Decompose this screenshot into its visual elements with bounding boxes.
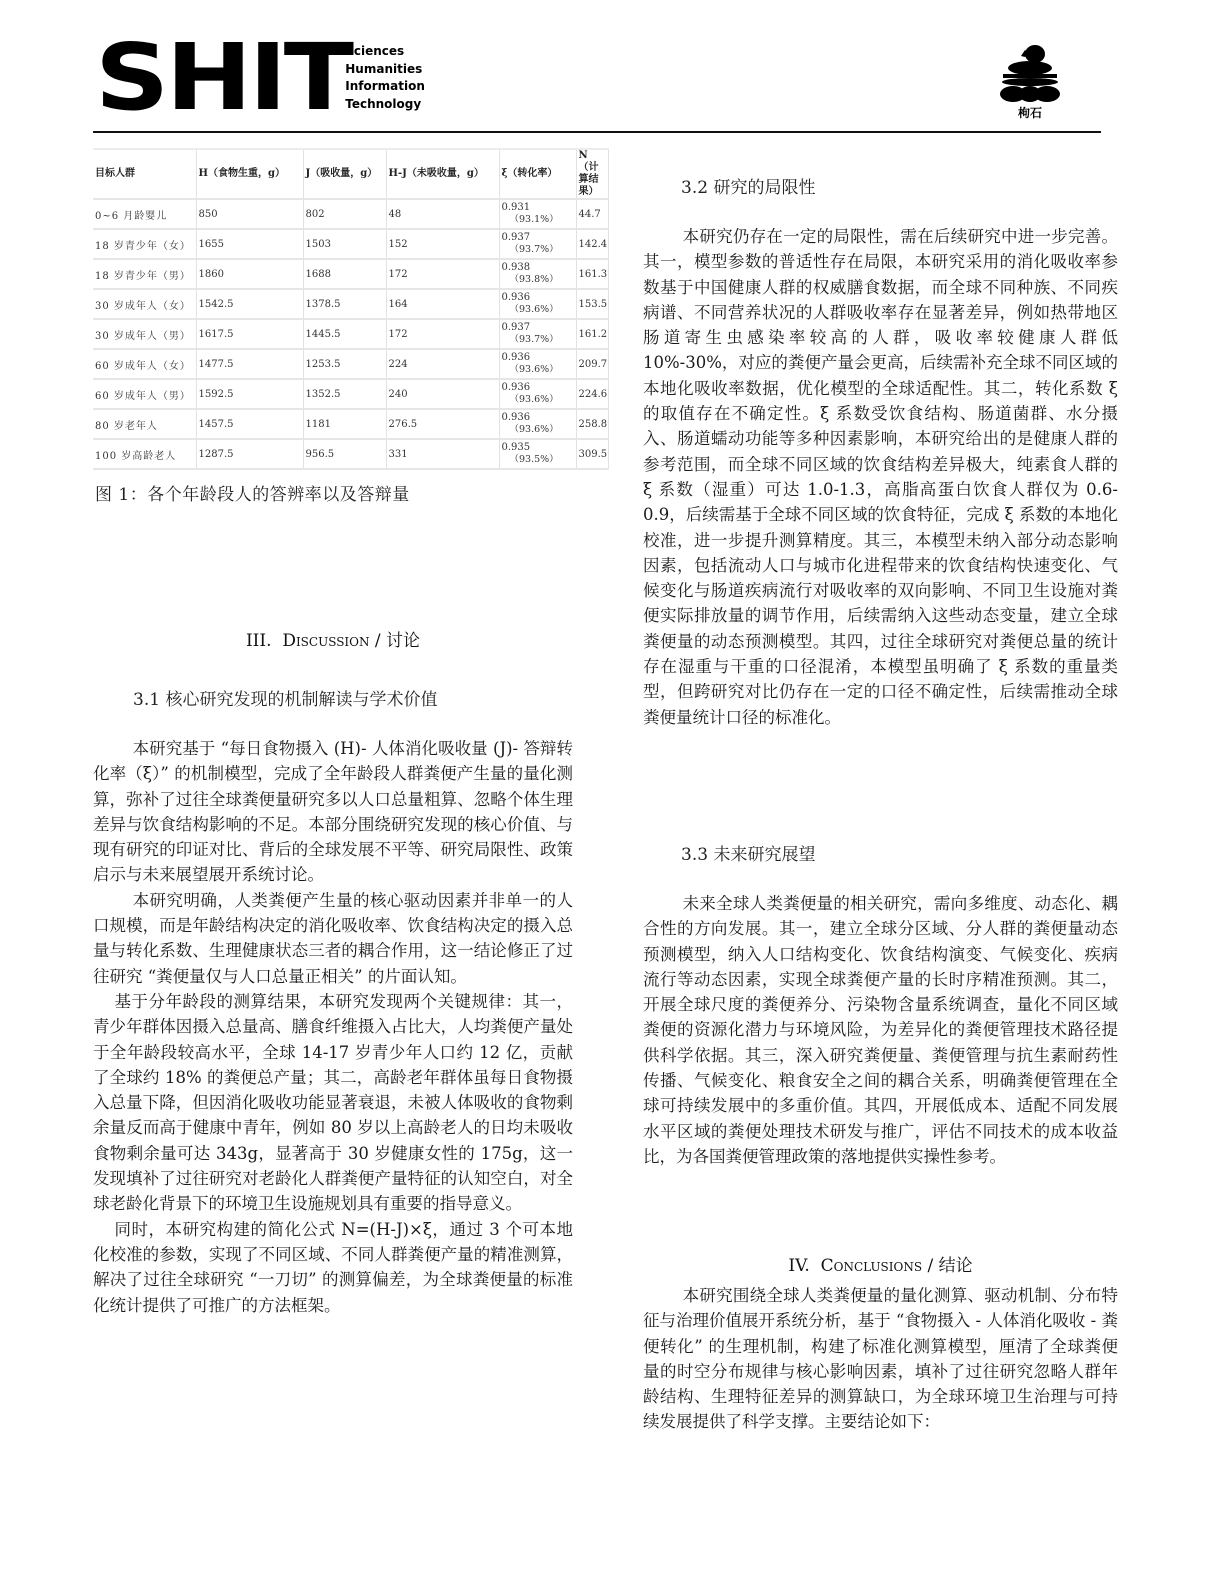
column-header: 目标人群 <box>93 149 196 199</box>
cell-hj: 48 <box>386 199 499 229</box>
cell-hj: 240 <box>386 379 499 409</box>
cell-n: 161.2 <box>576 319 608 349</box>
cell-n: 224.6 <box>576 379 608 409</box>
heading-number: IV. <box>788 1256 809 1276</box>
cell-j: 1445.5 <box>303 319 386 349</box>
cell-n: 258.8 <box>576 409 608 439</box>
xi-value: 0.935 <box>502 442 531 453</box>
cell-group: 100 岁高龄老人 <box>93 439 196 469</box>
column-header: ξ（转化率） <box>499 149 576 199</box>
cell-h: 1655 <box>196 229 303 259</box>
subsection-title-3-2: 3.2 研究的局限性 <box>681 173 815 198</box>
paragraph: 基于分年龄段的测算结果，本研究发现两个关键规律：其一，青少年群体因摄入总量高、膳… <box>93 989 573 1217</box>
heading-english: Conclusions <box>821 1256 922 1276</box>
cell-group: 60 岁成年人（男） <box>93 379 196 409</box>
right-column-conclusions: 本研究围绕全球人类粪便量的量化测算、驱动机制、分布特征与治理价值展开系统分析，基… <box>643 1283 1118 1435</box>
column-header: H（食物生重，g） <box>196 149 303 199</box>
cell-n: 44.7 <box>576 199 608 229</box>
right-column-limitations: 本研究仍存在一定的局限性，需在后续研究中进一步完善。其一，模型参数的普适性存在局… <box>643 224 1118 730</box>
cell-hj: 276.5 <box>386 409 499 439</box>
cell-group: 60 岁成年人（女） <box>93 349 196 379</box>
cell-j: 1253.5 <box>303 349 386 379</box>
column-header: J（吸收量，g） <box>303 149 386 199</box>
table-row: 80 岁老年人 1457.5 1181 276.5 0.936（93.6%） 2… <box>93 409 608 439</box>
paragraph: 未来全球人类粪便量的相关研究，需向多维度、动态化、耦合性的方向发展。其一，建立全… <box>643 891 1118 1169</box>
paragraph: 本研究围绕全球人类粪便量的量化测算、驱动机制、分布特征与治理价值展开系统分析，基… <box>643 1283 1118 1435</box>
cell-hj: 224 <box>386 349 499 379</box>
section-heading-discussion: III. Discussion / 讨论 <box>93 626 573 651</box>
cell-hj: 172 <box>386 319 499 349</box>
right-column-outlook: 未来全球人类粪便量的相关研究，需向多维度、动态化、耦合性的方向发展。其一，建立全… <box>643 891 1118 1169</box>
column-header: N（计算结果） <box>576 149 608 199</box>
cell-h: 1592.5 <box>196 379 303 409</box>
xi-value: 0.938 <box>502 262 531 273</box>
xi-value: 0.937 <box>502 322 531 333</box>
seal-emblem: 枸石 <box>990 44 1070 124</box>
cell-xi: 0.937（93.7%） <box>499 319 576 349</box>
xi-percent: （93.7%） <box>502 244 574 256</box>
cell-xi: 0.936（93.6%） <box>499 379 576 409</box>
logo-line: Information <box>345 78 425 96</box>
xi-value: 0.936 <box>502 412 531 423</box>
cell-j: 1688 <box>303 259 386 289</box>
subsection-title-3-3: 3.3 未来研究展望 <box>681 840 815 865</box>
header-divider <box>93 131 1101 133</box>
table-row: 60 岁成年人（男） 1592.5 1352.5 240 0.936（93.6%… <box>93 379 608 409</box>
heading-chinese: / 讨论 <box>370 631 421 651</box>
table-row: 60 岁成年人（女） 1477.5 1253.5 224 0.936（93.6%… <box>93 349 608 379</box>
cell-h: 1617.5 <box>196 319 303 349</box>
journal-logo: SHIT Sciences Humanities Information Tec… <box>95 42 425 114</box>
cell-group: 18 岁青少年（男） <box>93 259 196 289</box>
logo-subtitle: Sciences Humanities Information Technolo… <box>345 43 425 113</box>
xi-percent: （93.6%） <box>502 304 574 316</box>
cell-xi: 0.936（93.6%） <box>499 289 576 319</box>
table-row: 30 岁成年人（男） 1617.5 1445.5 172 0.937（93.7%… <box>93 319 608 349</box>
cell-group: 80 岁老年人 <box>93 409 196 439</box>
stone-pile-icon <box>995 44 1065 102</box>
xi-percent: （93.6%） <box>502 364 574 376</box>
figure-caption: 图 1：各个年龄段人的答辨率以及答辩量 <box>95 480 410 505</box>
cell-h: 1457.5 <box>196 409 303 439</box>
table-header-row: 目标人群 H（食物生重，g） J（吸收量，g） H-J（未吸收量，g） ξ（转化… <box>93 149 608 199</box>
cell-n: 309.5 <box>576 439 608 469</box>
table-row: 18 岁青少年（女） 1655 1503 152 0.937（93.7%） 14… <box>93 229 608 259</box>
table-row: 18 岁青少年（男） 1860 1688 172 0.938（93.8%） 16… <box>93 259 608 289</box>
heading-english: Discussion <box>282 631 369 651</box>
paragraph: 本研究明确，人类粪便产生量的核心驱动因素并非单一的人口规模，而是年龄结构决定的消… <box>93 888 573 989</box>
cell-group: 0~6 月龄婴儿 <box>93 199 196 229</box>
cell-hj: 331 <box>386 439 499 469</box>
logo-line: Humanities <box>345 61 425 79</box>
seal-label: 枸石 <box>990 104 1070 121</box>
xi-value: 0.936 <box>502 352 531 363</box>
cell-group: 30 岁成年人（女） <box>93 289 196 319</box>
cell-xi: 0.937（93.7%） <box>499 229 576 259</box>
cell-xi: 0.936（93.6%） <box>499 409 576 439</box>
cell-xi: 0.931（93.1%） <box>499 199 576 229</box>
table-row: 100 岁高龄老人 1287.5 956.5 331 0.935（93.5%） … <box>93 439 608 469</box>
cell-j: 1503 <box>303 229 386 259</box>
cell-n: 153.5 <box>576 289 608 319</box>
xi-percent: （93.8%） <box>502 274 574 286</box>
table-row: 30 岁成年人（女） 1542.5 1378.5 164 0.936（93.6%… <box>93 289 608 319</box>
cell-j: 1378.5 <box>303 289 386 319</box>
table-row: 0~6 月龄婴儿 850 802 48 0.931（93.1%） 44.7 <box>93 199 608 229</box>
cell-h: 1542.5 <box>196 289 303 319</box>
cell-h: 1860 <box>196 259 303 289</box>
xi-percent: （93.1%） <box>502 214 574 226</box>
xi-percent: （93.7%） <box>502 334 574 346</box>
paragraph: 本研究基于 “每日食物摄入 (H)- 人体消化吸收量 (J)- 答辩转化率（ξ）… <box>93 736 573 888</box>
logo-wordmark: SHIT <box>95 42 351 114</box>
cell-j: 1181 <box>303 409 386 439</box>
results-table: 目标人群 H（食物生重，g） J（吸收量，g） H-J（未吸收量，g） ξ（转化… <box>93 148 609 470</box>
cell-hj: 172 <box>386 259 499 289</box>
logo-line: Sciences <box>345 43 425 61</box>
column-header: H-J（未吸收量，g） <box>386 149 499 199</box>
cell-group: 30 岁成年人（男） <box>93 319 196 349</box>
logo-line: Technology <box>345 96 425 114</box>
cell-j: 802 <box>303 199 386 229</box>
cell-h: 1477.5 <box>196 349 303 379</box>
xi-value: 0.937 <box>502 232 531 243</box>
xi-percent: （93.5%） <box>502 454 574 466</box>
cell-hj: 164 <box>386 289 499 319</box>
cell-xi: 0.935（93.5%） <box>499 439 576 469</box>
cell-n: 142.4 <box>576 229 608 259</box>
cell-group: 18 岁青少年（女） <box>93 229 196 259</box>
heading-chinese: / 结论 <box>922 1256 973 1276</box>
xi-value: 0.931 <box>502 202 531 213</box>
paragraph: 本研究仍存在一定的局限性，需在后续研究中进一步完善。其一，模型参数的普适性存在局… <box>643 224 1118 730</box>
cell-n: 209.7 <box>576 349 608 379</box>
heading-number: III. <box>246 631 272 651</box>
cell-h: 1287.5 <box>196 439 303 469</box>
cell-xi: 0.936（93.6%） <box>499 349 576 379</box>
cell-h: 850 <box>196 199 303 229</box>
xi-value: 0.936 <box>502 292 531 303</box>
cell-j: 1352.5 <box>303 379 386 409</box>
xi-value: 0.936 <box>502 382 531 393</box>
subsection-title-3-1: 3.1 核心研究发现的机制解读与学术价值 <box>133 685 437 710</box>
xi-percent: （93.6%） <box>502 394 574 406</box>
cell-n: 161.3 <box>576 259 608 289</box>
cell-j: 956.5 <box>303 439 386 469</box>
cell-xi: 0.938（93.8%） <box>499 259 576 289</box>
section-heading-conclusions: IV. Conclusions / 结论 <box>643 1251 1118 1276</box>
xi-percent: （93.6%） <box>502 424 574 436</box>
paragraph: 同时，本研究构建的简化公式 N=(H-J)×ξ，通过 3 个可本地化校准的参数，… <box>93 1217 573 1318</box>
cell-hj: 152 <box>386 229 499 259</box>
left-column-body: 本研究基于 “每日食物摄入 (H)- 人体消化吸收量 (J)- 答辩转化率（ξ）… <box>93 736 573 1318</box>
